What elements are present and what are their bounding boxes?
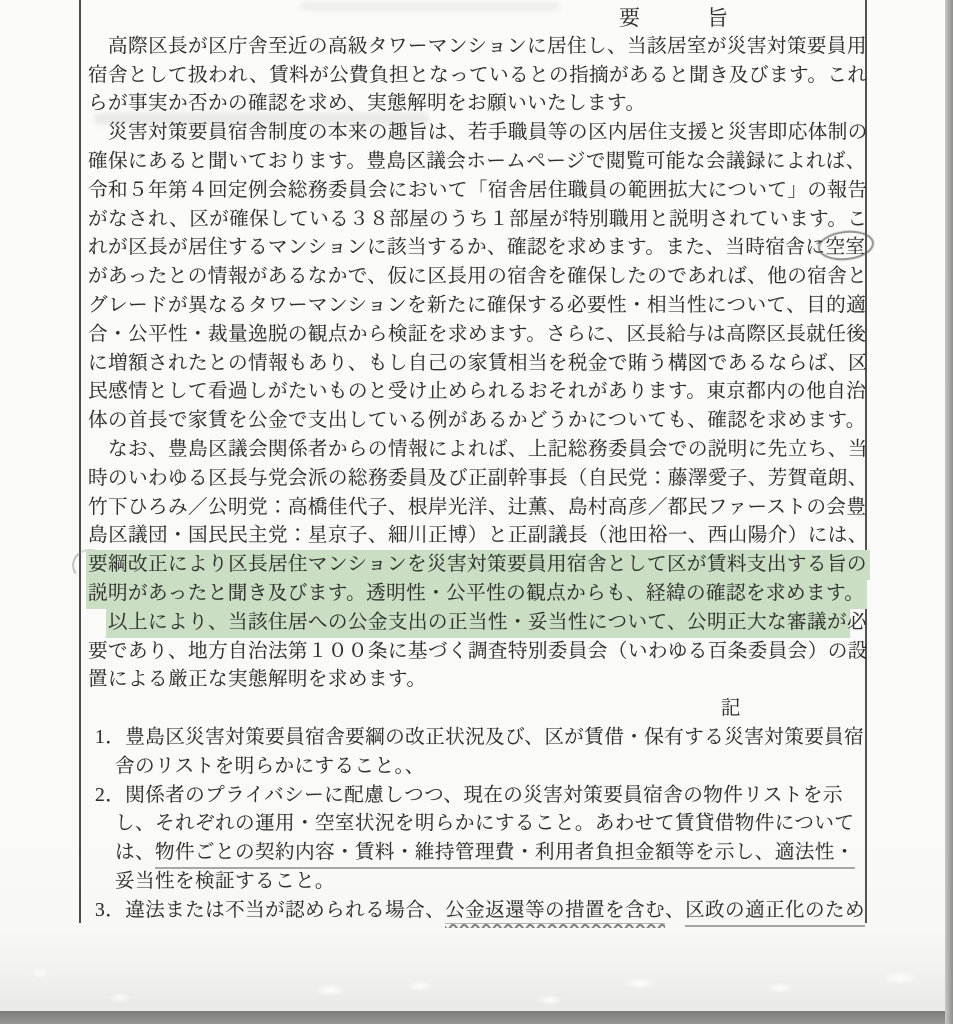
text-segment: らが事実か否かの確認を求め、実態解明をお願いいたします。 [88, 93, 645, 114]
text-segment: 記 [721, 698, 741, 719]
text-line: し、それぞれの運用・空室状況を明らかにすること。あわせて賃貸借物件について [88, 810, 888, 839]
pencil-underline-span: 区政の適正化のため [685, 900, 865, 927]
text-segment: 置による厳正な実態解明を求めます。 [88, 669, 426, 690]
text-segment: 要 旨 [619, 6, 729, 30]
text-segment: に増額されたとの情報もあり、もし自己の家賃相当を税金で賄う構図であるならば、区 [88, 353, 868, 374]
text-line: 竹下ひろみ／公明党：高橋佳代子、根岸光洋、辻薫、島村高彦／都民ファーストの会豊 [88, 494, 888, 523]
text-line: 高際区長が区庁舎至近の高級タワーマンションに居住し、当該居室が災害対策要員用 [88, 33, 888, 62]
text-segment: 民感情として看過しがたいものと受け止められるおそれがあります。東京都内の他自治 [88, 381, 866, 402]
highlight-span: 要綱改正により区長居住マンションを災害対策要員用宿舎として区が賃料支出する旨の [86, 550, 870, 580]
highlight-span: 説明があったと聞き及びます。透明性・公平性の観点からも、経緯の確認を求めます。 [86, 579, 867, 609]
scanner-edge-strip [945, 0, 953, 1024]
text-segment: し、それぞれの運用・空室状況を明らかにすること。あわせて賃貸借物件について [115, 813, 854, 834]
text-segment: 体の首長で家賃を公金で支出している例があるかどうかについても、確認を求めます。 [88, 410, 866, 431]
text-line: 宿舎として扱われ、賃料が公費負担となっているとの指摘があると聞き及びます。これ [88, 62, 888, 91]
text-line: グレードが異なるタワーマンションを新たに確保する必要性・相当性について、目的適 [88, 292, 888, 321]
text-line: がなされ、区が確保している３８部屋のうち１部屋が特別職用と説明されています。こ [88, 206, 888, 235]
text-segment: なお、豊島区議会関係者からの情報によれば、上記総務委員会での説明に先立ち、当 [108, 439, 868, 460]
highlight-span: 以上により、当該住居への公金支出の正当性・妥当性について、公明正大な審議が [106, 608, 850, 638]
text-segment: 災害対策要員宿舎制度の本来の趣旨は、若手職員等の区内居住支援と災害即応体制の [108, 122, 868, 143]
text-segment: があったとの情報があるなかで、仮に区長用の宿舎を確保したのであれば、他の宿舎と [88, 266, 867, 287]
text-line: 時のいわゆる区長与党会派の総務委員及び正副幹事長（自民党：藤澤愛子、芳賀竜朗、 [88, 465, 888, 494]
text-segment: 高際区長が区庁舎至近の高級タワーマンションに居住し、当該居室が災害対策要員用 [108, 36, 867, 57]
text-line: 舎のリストを明らかにすること。、 [88, 753, 888, 782]
text-line: 民感情として看過しがたいものと受け止められるおそれがあります。東京都内の他自治 [88, 378, 888, 407]
text-line: 確保にあると聞いております。豊島区議会ホームページで閲覧可能な会議録によれば、 [88, 148, 888, 177]
text-line: なお、豊島区議会関係者からの情報によれば、上記総務委員会での説明に先立ち、当 [88, 436, 888, 465]
record-heading: 記 [88, 695, 888, 724]
scanner-bottom-bar [0, 1011, 953, 1024]
text-segment: 妥当性を検証すること。 [115, 871, 335, 892]
text-segment: 島区議団・国民民主党：星京子、細川正博）と正副議長（池田裕一、西山陽介）には、 [88, 525, 868, 546]
text-line: 置による厳正な実態解明を求めます。 [88, 666, 888, 695]
pencil-underline-span: 物件ごとの契約内容・賃料・維持管理費・利用者負担金額等を示し、適法性・ [155, 842, 855, 869]
text-segment: グレードが異なるタワーマンションを新たに確保する必要性・相当性について、目的適 [88, 295, 866, 316]
text-line: があったとの情報があるなかで、仮に区長用の宿舎を確保したのであれば、他の宿舎と [88, 263, 888, 292]
text-segment: 宿舎として扱われ、賃料が公費負担となっているとの指摘があると聞き及びます。これ [88, 65, 867, 86]
text-line: 以上により、当該住居への公金支出の正当性・妥当性について、公明正大な審議が必 [88, 609, 888, 638]
text-segment: がなされ、区が確保している３８部屋のうち１部屋が特別職用と説明されています。こ [88, 209, 867, 230]
text-segment: 確保にあると聞いております。豊島区議会ホームページで閲覧可能な会議録によれば、 [88, 151, 866, 172]
text-line: に増額されたとの情報もあり、もし自己の家賃相当を税金で賄う構図であるならば、区 [88, 350, 888, 379]
scan-noise-band [0, 928, 953, 1011]
text-segment: れが区長が居住するマンションに該当するか、確認を求めます。また、当時宿舎に [88, 237, 825, 258]
text-line: 災害対策要員宿舎制度の本来の趣旨は、若手職員等の区内居住支援と災害即応体制の [88, 119, 888, 148]
text-line: 要であり、地方自治法第１００条に基づく調査特別委員会（いわゆる百条委員会）の設 [88, 638, 888, 667]
text-segment: 時のいわゆる区長与党会派の総務委員及び正副幹事長（自民党：藤澤愛子、芳賀竜朗、 [88, 468, 868, 489]
text-segment: 1．豊島区災害対策要員宿舎要綱の改正状況及び、区が賃借・保有する災害対策要員宿 [95, 727, 864, 748]
text-line: 令和５年第４回定例会総務委員会において「宿舎居住職員の範囲拡大について」の報告 [88, 177, 888, 206]
pencil-underline-span: 公金返還等の措置を含む [445, 900, 665, 924]
text-segment: 合・公平性・裁量逸脱の観点から検証を求めます。さらに、区長給与は高際区長就任後 [88, 324, 866, 345]
text-segment: 舎のリストを明らかにすること。、 [115, 756, 425, 777]
text-line: 要綱改正により区長居住マンションを災害対策要員用宿舎として区が賃料支出する旨の [88, 551, 888, 580]
text-segment: 竹下ひろみ／公明党：高橋佳代子、根岸光洋、辻薫、島村高彦／都民ファーストの会豊 [88, 497, 866, 518]
text-line: 1．豊島区災害対策要員宿舎要綱の改正状況及び、区が賃借・保有する災害対策要員宿 [88, 724, 888, 753]
text-line: 妥当性を検証すること。 [88, 868, 888, 897]
text-segment: 2．関係者のプライバシーに配慮しつつ、現在の災害対策要員宿舎の物件リストを示 [95, 785, 843, 806]
text-segment: 3．違法または不当が認められる場合、 [95, 900, 445, 921]
text-segment: は、 [115, 842, 155, 863]
text-line: 説明があったと聞き及びます。透明性・公平性の観点からも、経緯の確認を求めます。 [88, 580, 888, 609]
pencil-circle-annotation: 空室 [825, 237, 865, 258]
text-line: 2．関係者のプライバシーに配慮しつつ、現在の災害対策要員宿舎の物件リストを示 [88, 782, 888, 811]
text-line: れが区長が居住するマンションに該当するか、確認を求めます。また、当時宿舎に空室 [88, 234, 888, 263]
text-line: 島区議団・国民民主党：星京子、細川正博）と正副議長（池田裕一、西山陽介）には、 [88, 522, 888, 551]
text-line: は、物件ごとの契約内容・賃料・維持管理費・利用者負担金額等を示し、適法性・ [88, 839, 888, 868]
text-line: 3．違法または不当が認められる場合、公金返還等の措置を含む、区政の適正化のため [88, 897, 888, 926]
text-line: 合・公平性・裁量逸脱の観点から検証を求めます。さらに、区長給与は高際区長就任後 [88, 321, 888, 350]
document-border-left [79, 0, 81, 923]
text-segment: 令和５年第４回定例会総務委員会において「宿舎居住職員の範囲拡大について」の報告 [88, 180, 867, 201]
summary-heading: 要 旨 [88, 4, 888, 33]
text-segment: 必 [847, 612, 867, 633]
text-line: らが事実か否かの確認を求め、実態解明をお願いいたします。 [88, 90, 888, 119]
text-segment: 、 [665, 900, 685, 921]
text-segment: 要であり、地方自治法第１００条に基づく調査特別委員会（いわゆる百条委員会）の設 [88, 641, 868, 662]
text-column: 要 旨高際区長が区庁舎至近の高級タワーマンションに居住し、当該居室が災害対策要員… [88, 4, 888, 926]
text-line: 体の首長で家賃を公金で支出している例があるかどうかについても、確認を求めます。 [88, 407, 888, 436]
scanned-page: { "page": { "type": "scanned-petition-do… [0, 0, 953, 1024]
